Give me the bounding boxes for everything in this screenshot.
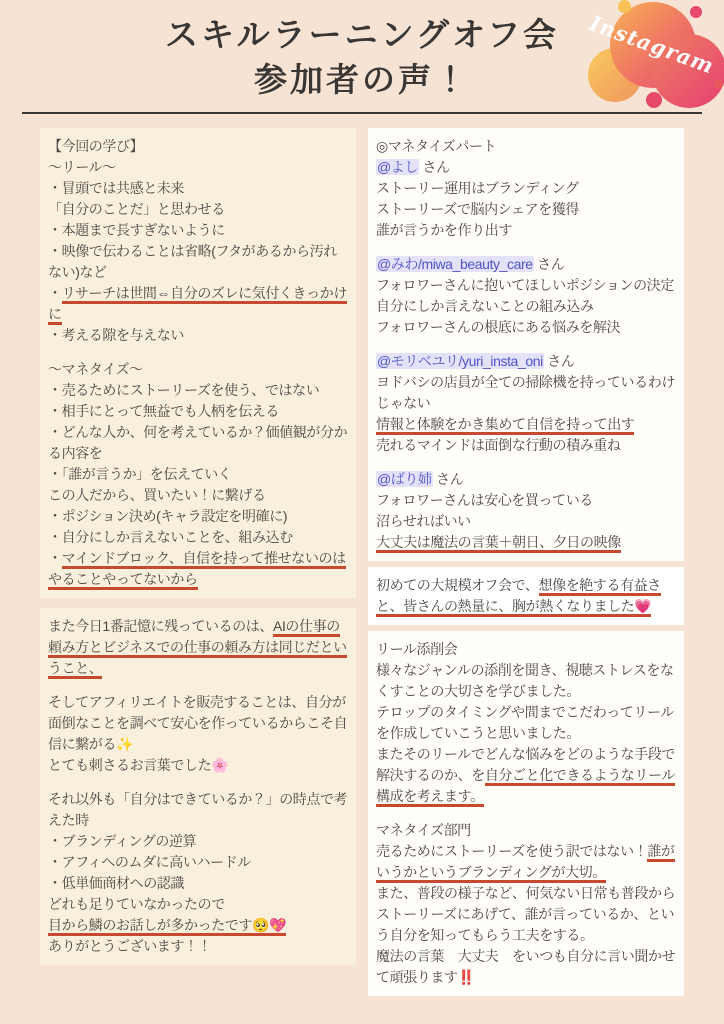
impression-block: 初めての大規模オフ会で、想像を絶する有益さと、皆さんの熱量に、胸が熱くなりました…	[368, 567, 684, 625]
text-segment: ・冒頭では共感と未来	[48, 180, 184, 196]
text-segment: さん	[534, 256, 565, 272]
text-line: 売れるマインドは面倒な行動の積み重ね	[376, 435, 676, 456]
text-segment: 売るためにストーリーズを使う訳ではない！	[376, 843, 647, 859]
text-line: 誰が言うかを作り出す	[376, 220, 676, 241]
text-line: それ以外も「自分はできているか？」の時点で考えた時	[48, 789, 348, 831]
text-segment: どれも足りていなかったので	[48, 896, 225, 912]
underlined-text: リサーチは世間⇔自分のズレに気付くきっかけに	[48, 285, 347, 325]
mention-highlight: @みわ/miwa_beauty_care	[376, 256, 534, 272]
text-segment: フォロワーさんの根底にある悩みを解決	[376, 319, 620, 335]
text-segment: ・「誰が言うか」を伝えていく	[48, 466, 231, 482]
instagram-badge: Instagram	[576, 0, 724, 116]
text-line: 自分にしか言えないことの組み込み	[376, 296, 676, 317]
text-line: @よし さん	[376, 157, 676, 178]
blank-line	[376, 456, 676, 469]
text-segment: ・売るためにストーリーズを使う、ではない	[48, 382, 319, 398]
text-line: 様々なジャンルの添削を聞き、視聴ストレスをなくすことの大切さを学びました。	[376, 660, 676, 702]
text-segment: とても刺さるお言葉でした🌸	[48, 757, 228, 773]
text-segment: マネタイズ部門	[376, 822, 471, 838]
text-line: ・売るためにストーリーズを使う、ではない	[48, 380, 348, 401]
decorative-dot-yellow	[618, 0, 631, 13]
monetize-part-block: ◎マネタイズパート@よし さんストーリー運用はブランディングストーリーズで脳内シ…	[368, 128, 684, 561]
blank-line	[376, 338, 676, 351]
text-line: ありがとうございます！！	[48, 936, 348, 957]
text-line: ストーリーズで脳内シェアを獲得	[376, 199, 676, 220]
text-line: リール添削会	[376, 639, 676, 660]
text-line: ・マインドブロック、自信を持って推せないのはやることやってないから	[48, 548, 348, 590]
text-line: @ばり姉 さん	[376, 469, 676, 490]
text-line: 魔法の言葉 大丈夫 をいつも自分に言い聞かせて頑張ります‼️	[376, 946, 676, 988]
text-segment: 売れるマインドは面倒な行動の積み重ね	[376, 437, 621, 453]
blank-line	[48, 346, 348, 359]
text-segment: 【今回の学び】	[48, 138, 143, 154]
text-line: 情報と体験をかき集めて自信を持って出す	[376, 414, 676, 435]
text-line: ・「誰が言うか」を伝えていく	[48, 464, 348, 485]
text-line: 沼らせればいい	[376, 511, 676, 532]
text-line: フォロワーさんに抱いてほしいポジションの決定	[376, 275, 676, 296]
text-segment: リール添削会	[376, 641, 457, 657]
text-segment: ありがとうございます！！	[48, 938, 211, 954]
text-segment: ヨドバシの店員が全ての掃除機を持っているわけじゃない	[376, 374, 675, 411]
text-line: ・考える隙を与えない	[48, 325, 348, 346]
text-line: ・自分にしか言えないことを、組み込む	[48, 527, 348, 548]
left-column: 【今回の学び】〜リール〜・冒頭では共感と未来「自分のことだ」と思わせる・本題まで…	[40, 128, 356, 965]
mention-highlight: @ばり姉	[376, 471, 433, 487]
text-segment: 自分にしか言えないことの組み込み	[376, 298, 594, 314]
underlined-text: 大丈夫は魔法の言葉＋朝日、夕日の映像	[376, 534, 621, 553]
text-line: 【今回の学び】	[48, 136, 348, 157]
text-line: フォロワーさんは安心を買っている	[376, 490, 676, 511]
text-segment: 沼らせればいい	[376, 513, 471, 529]
blank-line	[376, 241, 676, 254]
text-line: 売るためにストーリーズを使う訳ではない！誰がいうかというブランディングが大切。	[376, 841, 676, 883]
blank-line	[48, 679, 348, 692]
text-line: 〜マネタイズ〜	[48, 359, 348, 380]
text-segment: ・考える隙を与えない	[48, 327, 184, 343]
text-segment: また、普段の様子など、何気ない日常も普段からストーリーズにあげて、誰が言っている…	[376, 885, 675, 943]
text-segment: 誰が言うかを作り出す	[376, 222, 512, 238]
text-segment: ・相手にとって無益でも人柄を伝える	[48, 403, 279, 419]
text-line: どれも足りていなかったので	[48, 894, 348, 915]
text-segment: ストーリー運用はブランディング	[376, 180, 579, 196]
text-line: また、普段の様子など、何気ない日常も普段からストーリーズにあげて、誰が言っている…	[376, 883, 676, 946]
text-line: ・ポジション決め(キャラ設定を明確に)	[48, 506, 348, 527]
decorative-dot-pink-1	[690, 6, 702, 18]
text-line: @みわ/miwa_beauty_care さん	[376, 254, 676, 275]
text-segment: ・映像で伝わることは省略(フタがあるから汚れない)など	[48, 243, 337, 280]
text-line: とても刺さるお言葉でした🌸	[48, 755, 348, 776]
text-segment: 〜マネタイズ〜	[48, 361, 143, 377]
text-line: ・冒頭では共感と未来	[48, 178, 348, 199]
mention-highlight: @モリベユリ/yuri_insta_oni	[376, 353, 544, 369]
text-line: また今日1番記憶に残っているのは、AIの仕事の頼み方とビジネスでの仕事の頼み方は…	[48, 616, 348, 679]
text-segment: 〜リール〜	[48, 159, 116, 175]
red-emphasis: ‼️	[458, 969, 475, 985]
text-segment: ・低単価商材への認識	[48, 875, 184, 891]
text-segment: 魔法の言葉 大丈夫 をいつも自分に言い聞かせて頑張ります	[376, 948, 675, 985]
text-segment: ・	[48, 285, 62, 301]
text-line: ・本題まで長すぎないように	[48, 220, 348, 241]
learnings-block: 【今回の学び】〜リール〜・冒頭では共感と未来「自分のことだ」と思わせる・本題まで…	[40, 128, 356, 598]
text-line: 初めての大規模オフ会で、想像を絶する有益さと、皆さんの熱量に、胸が熱くなりました…	[376, 575, 676, 617]
text-line: @モリベユリ/yuri_insta_oni さん	[376, 351, 676, 372]
text-line: ・リサーチは世間⇔自分のズレに気付くきっかけに	[48, 283, 348, 325]
decorative-dot-pink-3	[714, 80, 723, 89]
text-segment: また今日1番記憶に残っているのは、	[48, 618, 273, 634]
text-line: 目から鱗のお話しが多かったです🥺💖	[48, 915, 348, 936]
text-segment: 初めての大規模オフ会で、	[376, 577, 539, 593]
text-line: 「自分のことだ」と思わせる	[48, 199, 348, 220]
text-line: ・ブランディングの逆算	[48, 831, 348, 852]
reflection-block: また今日1番記憶に残っているのは、AIの仕事の頼み方とビジネスでの仕事の頼み方は…	[40, 608, 356, 965]
text-line: ヨドバシの店員が全ての掃除機を持っているわけじゃない	[376, 372, 676, 414]
text-segment: ・ブランディングの逆算	[48, 833, 196, 849]
text-line: ◎マネタイズパート	[376, 136, 676, 157]
text-line: ・映像で伝わることは省略(フタがあるから汚れない)など	[48, 241, 348, 283]
page-root: スキルラーニングオフ会 参加者の声！ Instagram 【今回の学び】〜リール…	[0, 0, 724, 1024]
text-segment: ・アフィへのムダに高いハードル	[48, 854, 251, 870]
underlined-text: 情報と体験をかき集めて自信を持って出す	[376, 416, 634, 435]
text-segment: ・	[48, 550, 62, 566]
blank-line	[376, 807, 676, 820]
text-line: ・アフィへのムダに高いハードル	[48, 852, 348, 873]
text-line: 大丈夫は魔法の言葉＋朝日、夕日の映像	[376, 532, 676, 553]
decorative-dot-pink-2	[646, 92, 662, 108]
text-segment: さん	[419, 159, 450, 175]
text-segment: ・自分にしか言えないことを、組み込む	[48, 529, 293, 545]
text-segment: ・本題まで長すぎないように	[48, 222, 225, 238]
text-segment: 様々なジャンルの添削を聞き、視聴ストレスをなくすことの大切さを学びました。	[376, 662, 674, 699]
text-segment: さん	[544, 353, 575, 369]
right-column: ◎マネタイズパート@よし さんストーリー運用はブランディングストーリーズで脳内シ…	[368, 128, 684, 996]
content-columns: 【今回の学び】〜リール〜・冒頭では共感と未来「自分のことだ」と思わせる・本題まで…	[0, 114, 724, 996]
underlined-text: マインドブロック、自信を持って推せないのはやることやってないから	[48, 550, 346, 590]
review-block: リール添削会様々なジャンルの添削を聞き、視聴ストレスをなくすことの大切さを学びま…	[368, 631, 684, 996]
text-line: またそのリールでどんな悩みをどのような手段で解決するのか、を自分ごと化できるよう…	[376, 744, 676, 807]
text-line: 〜リール〜	[48, 157, 348, 178]
text-line: テロップのタイミングや間までこだわってリールを作成していこうと思いました。	[376, 702, 676, 744]
underlined-text: 目から鱗のお話しが多かったです🥺💖	[48, 917, 286, 936]
text-segment: ストーリーズで脳内シェアを獲得	[376, 201, 579, 217]
text-segment: ・どんな人か、何を考えているか？価値観が分かる内容を	[48, 424, 347, 461]
text-segment: テロップのタイミングや間までこだわってリールを作成していこうと思いました。	[376, 704, 674, 741]
text-line: そしてアフィリエイトを販売することは、自分が面倒なことを調べて安心を作っているか…	[48, 692, 348, 755]
text-segment: この人だから、買いたい！に繋げる	[48, 487, 266, 503]
text-line: ・相手にとって無益でも人柄を伝える	[48, 401, 348, 422]
text-segment: それ以外も「自分はできているか？」の時点で考えた時	[48, 791, 347, 828]
text-segment: フォロワーさんに抱いてほしいポジションの決定	[376, 277, 674, 293]
text-line: ・低単価商材への認識	[48, 873, 348, 894]
text-segment: 「自分のことだ」と思わせる	[48, 201, 225, 217]
text-line: フォロワーさんの根底にある悩みを解決	[376, 317, 676, 338]
mention-highlight: @よし	[376, 159, 419, 175]
header: スキルラーニングオフ会 参加者の声！ Instagram	[0, 0, 724, 114]
text-line: ・どんな人か、何を考えているか？価値観が分かる内容を	[48, 422, 348, 464]
text-line: マネタイズ部門	[376, 820, 676, 841]
text-segment: フォロワーさんは安心を買っている	[376, 492, 593, 508]
text-segment: そしてアフィリエイトを販売することは、自分が面倒なことを調べて安心を作っているか…	[48, 694, 347, 752]
text-line: ストーリー運用はブランディング	[376, 178, 676, 199]
text-segment: ・ポジション決め(キャラ設定を明確に)	[48, 508, 287, 524]
text-segment: ◎マネタイズパート	[376, 138, 496, 154]
text-line: この人だから、買いたい！に繋げる	[48, 485, 348, 506]
blank-line	[48, 776, 348, 789]
text-segment: さん	[433, 471, 464, 487]
